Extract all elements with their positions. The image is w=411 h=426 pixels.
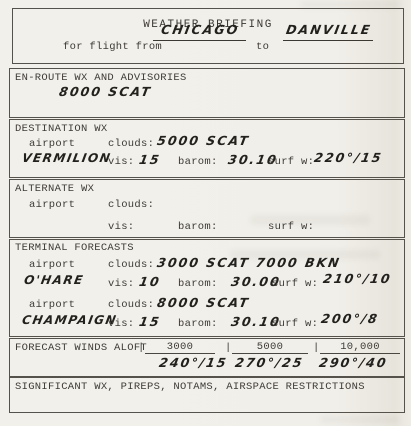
clouds-value: 3000 SCAT 7000 BKN xyxy=(156,255,342,270)
terminal-heading: TERMINAL FORECASTS xyxy=(15,242,134,254)
clouds-label: clouds: xyxy=(108,138,154,150)
to-value: DANVILLE xyxy=(285,22,373,37)
clouds-label: clouds: xyxy=(108,259,154,271)
airport-value: CHAMPAIGN xyxy=(21,313,118,327)
column-separator: | xyxy=(313,342,320,354)
vis-label: vis: xyxy=(108,318,134,330)
enroute-heading: EN-ROUTE WX AND ADVISORIES xyxy=(15,72,187,84)
weather-briefing-form-scan: WEATHER BRIEFING for flight from CHICAGO… xyxy=(0,0,411,426)
surf-wind-label: surf w: xyxy=(272,318,318,330)
barom-label: barom: xyxy=(178,221,218,233)
vis-label: vis: xyxy=(108,156,134,168)
altitude-column-5000: 5000 xyxy=(232,341,308,354)
wind-value-10000: 290°/40 xyxy=(318,355,389,370)
destination-heading: DESTINATION WX xyxy=(15,123,107,135)
altitude-column-3000: 3000 xyxy=(145,341,215,354)
alternate-heading: ALTERNATE WX xyxy=(15,183,94,195)
to-label: to xyxy=(256,41,269,53)
to-field: DANVILLE xyxy=(283,21,373,41)
vis-value: 15 xyxy=(138,314,162,329)
flight-line-prefix: for flight from xyxy=(63,41,162,53)
form-header-section: WEATHER BRIEFING for flight from CHICAGO… xyxy=(12,8,404,64)
from-value: CHICAGO xyxy=(160,22,241,37)
surf-wind-label: surf w: xyxy=(268,221,314,233)
clouds-value: 5000 SCAT xyxy=(156,133,251,148)
clouds-label: clouds: xyxy=(108,299,154,311)
significant-wx-heading: SIGNIFICANT WX, PIREPS, NOTAMS, AIRSPACE… xyxy=(15,381,365,393)
column-separator: | xyxy=(138,342,145,354)
surf-wind-label: surf w: xyxy=(272,278,318,290)
alternate-section: ALTERNATE WX airport clouds: vis: barom:… xyxy=(9,179,405,238)
column-separator: | xyxy=(225,342,232,354)
from-field: CHICAGO xyxy=(153,21,246,41)
enroute-section: EN-ROUTE WX AND ADVISORIES 8000 SCAT xyxy=(9,68,405,118)
surf-wind-value: 220°/15 xyxy=(313,150,384,165)
clouds-label: clouds: xyxy=(108,199,154,211)
surf-wind-value: 200°/8 xyxy=(320,311,380,326)
terminal-forecasts-section: TERMINAL FORECASTS airport clouds: 3000 … xyxy=(9,239,405,337)
vis-label: vis: xyxy=(108,278,134,290)
vis-value: 10 xyxy=(138,274,162,289)
destination-section: DESTINATION WX airport clouds: 5000 SCAT… xyxy=(9,119,405,178)
vis-value: 15 xyxy=(138,152,162,167)
airport-label: airport xyxy=(29,259,75,271)
winds-aloft-section: FORECAST WINDS ALOFT | 3000 | 5000 | 10,… xyxy=(9,338,405,377)
surf-wind-value: 210°/10 xyxy=(322,271,393,286)
vis-label: vis: xyxy=(108,221,134,233)
airport-label: airport xyxy=(29,199,75,211)
wind-value-5000: 270°/25 xyxy=(234,355,305,370)
surf-wind-label: surf w: xyxy=(268,156,314,168)
airport-label: airport xyxy=(29,299,75,311)
clouds-value: 8000 SCAT xyxy=(156,295,251,310)
barom-label: barom: xyxy=(178,156,218,168)
bleed-through-smudge xyxy=(300,1,400,8)
altitude-column-10000: 10,000 xyxy=(320,341,400,354)
airport-value: VERMILION xyxy=(21,151,112,165)
airport-value: O'HARE xyxy=(23,273,85,287)
barom-label: barom: xyxy=(178,318,218,330)
bleed-through-smudge xyxy=(320,416,400,423)
airport-label: airport xyxy=(29,138,75,150)
enroute-entry: 8000 SCAT xyxy=(58,84,153,99)
barom-label: barom: xyxy=(178,278,218,290)
winds-aloft-heading: FORECAST WINDS ALOFT xyxy=(15,342,147,354)
wind-value-3000: 240°/15 xyxy=(158,355,229,370)
significant-wx-section: SIGNIFICANT WX, PIREPS, NOTAMS, AIRSPACE… xyxy=(9,377,405,413)
